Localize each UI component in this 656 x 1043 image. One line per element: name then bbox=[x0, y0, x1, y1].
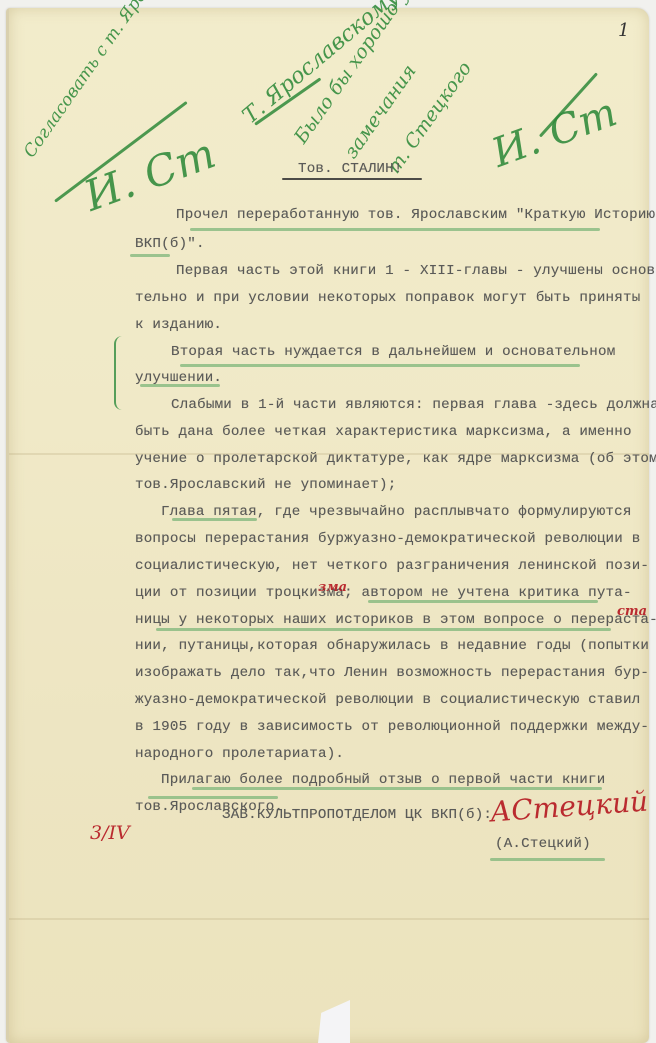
body-line: быть дана более четкая характеристика ма… bbox=[135, 424, 632, 440]
body-line: Прочел переработанную тов. Ярославским "… bbox=[176, 207, 655, 223]
pencil-underline bbox=[180, 364, 580, 367]
body-line: в 1905 году в зависимость от революционн… bbox=[135, 719, 649, 735]
pencil-underline bbox=[192, 787, 602, 790]
signature-title: ЗАВ.КУЛЬТПРОПОТДЕЛОМ ЦК ВКП(б): bbox=[222, 807, 492, 823]
pencil-underline bbox=[148, 796, 278, 799]
pencil-underline bbox=[130, 254, 170, 257]
body-line: изображать дело так,что Ленин возможност… bbox=[135, 665, 649, 681]
body-line: ВКП(б)". bbox=[135, 236, 205, 252]
body-line: ции от позиции троцкизма; автором не учт… bbox=[135, 585, 632, 601]
margin-bracket bbox=[114, 336, 124, 410]
body-line: Слабыми в 1-й части являются: первая гла… bbox=[171, 397, 656, 413]
pencil-underline bbox=[140, 384, 220, 387]
correction-insert: зма bbox=[318, 580, 347, 595]
body-line: к изданию. bbox=[135, 317, 222, 333]
body-line: Вторая часть нуждается в дальнейшем и ос… bbox=[171, 344, 615, 360]
signatory-name: (А.Стецкий) bbox=[495, 836, 591, 852]
body-line: вопросы перерастания буржуазно-демократи… bbox=[135, 531, 640, 547]
body-line: тов.Ярославский не упоминает); bbox=[135, 477, 396, 493]
pencil-underline bbox=[368, 600, 598, 603]
pencil-underline bbox=[190, 228, 600, 231]
salutation-underline bbox=[282, 178, 422, 180]
correction-insert: ста bbox=[617, 604, 647, 619]
date-annotation: 3/IV bbox=[90, 822, 130, 844]
page-number: 1 bbox=[618, 20, 629, 41]
body-line: народного пролетариата). bbox=[135, 746, 344, 762]
paper-fold bbox=[9, 918, 649, 920]
body-line: Прилагаю более подробный отзыв о первой … bbox=[161, 772, 605, 788]
body-line: ницы у некоторых наших историков в этом … bbox=[135, 612, 656, 628]
pencil-underline bbox=[156, 628, 611, 631]
pencil-underline bbox=[172, 518, 257, 521]
body-line: нии, путаницы,которая обнаружилась в нед… bbox=[135, 638, 649, 654]
body-line: социалистическую, нет четкого разграниче… bbox=[135, 558, 649, 574]
body-line: тельно и при условии некоторых поправок … bbox=[135, 290, 640, 306]
body-line: учение о пролетарской диктатуре, как ядр… bbox=[135, 451, 656, 467]
pencil-underline bbox=[490, 858, 605, 861]
body-line: жуазно-демократической революции в социа… bbox=[135, 692, 640, 708]
body-line: Первая часть этой книги 1 - XIII-главы -… bbox=[176, 263, 656, 279]
salutation: Тов. СТАЛИН! bbox=[298, 161, 403, 177]
